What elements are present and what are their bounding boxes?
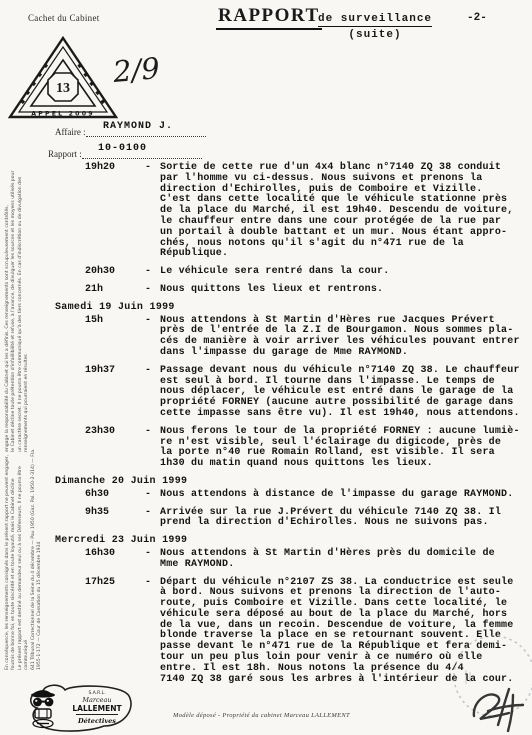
affaire-label: Affaire : bbox=[55, 127, 86, 137]
log-entry: 9h35-Arrivée sur la rue J.Prévert du véh… bbox=[52, 508, 510, 530]
page-title: RAPPORT bbox=[216, 5, 322, 30]
rapport-label: Rapport : bbox=[48, 149, 82, 159]
stamp-bottom-text: APPEL 2009 bbox=[31, 111, 94, 118]
entry-time: 23h30 bbox=[85, 427, 145, 470]
subtitle-block: de surveillance (suite) bbox=[318, 13, 432, 41]
logo-lallement: LALLEMENT bbox=[72, 704, 122, 713]
entry-time: 15h bbox=[85, 316, 145, 359]
entry-dash: - bbox=[145, 316, 160, 359]
rapport-value: 10-0100 bbox=[98, 143, 147, 154]
entry-text: Passage devant nous du véhicule n°7140 Z… bbox=[160, 366, 520, 420]
entry-text: Nous attendons à distance de l'impasse d… bbox=[160, 490, 513, 501]
entry-text: Sortie de cette rue d'un 4x4 blanc n°714… bbox=[160, 163, 513, 260]
subtitle-suite: (suite) bbox=[318, 29, 432, 41]
entry-time: 17h25 bbox=[85, 578, 145, 686]
entry-time: 21h bbox=[85, 285, 145, 296]
entry-time: 9h35 bbox=[85, 508, 145, 530]
log-date-header: Mercredi 23 Juin 1999 bbox=[55, 536, 510, 547]
entry-dash: - bbox=[145, 366, 160, 420]
entry-dash: - bbox=[145, 490, 160, 501]
entry-text: Nous attendons à St Martin d'Hères rue J… bbox=[160, 316, 520, 359]
log-entry: 23h30-Nous ferons le tour de la propriét… bbox=[52, 427, 510, 470]
margin-legal-note-lower: En conséquence, les renseignements consi… bbox=[5, 446, 43, 670]
handwritten-fraction: 2/9 bbox=[112, 51, 161, 89]
entry-text: Nous quittons les lieux et rentrons. bbox=[160, 285, 510, 296]
entry-time: 16h30 bbox=[85, 549, 145, 571]
margin-legal-note-upper: engage la responsabilité du Cabinet qui … bbox=[5, 164, 31, 452]
entry-time: 19h20 bbox=[85, 163, 145, 260]
page-number: -2- bbox=[467, 12, 487, 24]
affaire-field: Affaire : RAYMOND J. bbox=[55, 126, 206, 137]
entry-dash: - bbox=[145, 578, 160, 686]
log-entry: 21h-Nous quittons les lieux et rentrons. bbox=[52, 285, 510, 296]
log-date-header: Samedi 19 Juin 1999 bbox=[55, 303, 510, 314]
detective-mascot-logo-icon: S.A.R.L. Marceau LALLEMENT Détectives bbox=[16, 681, 136, 735]
entry-text: Nous ferons le tour de la propriété FORN… bbox=[160, 427, 520, 470]
entry-dash: - bbox=[145, 508, 160, 530]
handwritten-paraph-icon bbox=[468, 684, 530, 734]
entry-time: 19h37 bbox=[85, 366, 145, 420]
logo-detectives: Détectives bbox=[77, 717, 116, 725]
entry-text: Le véhicule sera rentré dans la cour. bbox=[160, 267, 510, 278]
entry-dash: - bbox=[145, 285, 160, 296]
rapport-field: Rapport : 10-0100 bbox=[48, 148, 202, 159]
entry-text: Nous attendons à St Martin d'Hères près … bbox=[160, 549, 510, 571]
log-entry: 20h30-Le véhicule sera rentré dans la co… bbox=[52, 267, 510, 278]
footer-legal-text: Modèle déposé - Propriété du cabinet Mar… bbox=[173, 712, 350, 719]
entry-dash: - bbox=[145, 267, 160, 278]
logo-marceau: Marceau bbox=[81, 696, 111, 704]
log-entry: 19h20-Sortie de cette rue d'un 4x4 blanc… bbox=[52, 163, 510, 260]
triangle-stamp-icon: 13 APPEL 2009 bbox=[8, 36, 118, 120]
entry-time: 6h30 bbox=[85, 490, 145, 501]
entry-text: Arrivée sur la rue J.Prévert du véhicule… bbox=[160, 508, 510, 530]
entry-dash: - bbox=[145, 427, 160, 470]
log-entry: 6h30-Nous attendons à distance de l'impa… bbox=[52, 490, 510, 501]
scanned-surveillance-report-page: Cachet du Cabinet RAPPORT de surveillanc… bbox=[0, 0, 532, 735]
subtitle-de-surveillance: de surveillance bbox=[318, 13, 432, 27]
log: 19h20-Sortie de cette rue d'un 4x4 blanc… bbox=[52, 163, 510, 692]
affaire-value: RAYMOND J. bbox=[103, 121, 173, 132]
entry-dash: - bbox=[145, 549, 160, 571]
log-entry: 19h37-Passage devant nous du véhicule n°… bbox=[52, 366, 510, 420]
entry-dash: - bbox=[145, 163, 160, 260]
cachet-du-cabinet-label: Cachet du Cabinet bbox=[28, 13, 100, 23]
entry-time: 20h30 bbox=[85, 267, 145, 278]
log-entry: 15h-Nous attendons à St Martin d'Hères r… bbox=[52, 316, 510, 359]
log-date-header: Dimanche 20 Juin 1999 bbox=[55, 477, 510, 488]
log-entry: 16h30-Nous attendons à St Martin d'Hères… bbox=[52, 549, 510, 571]
stamp-center-number: 13 bbox=[56, 81, 70, 96]
